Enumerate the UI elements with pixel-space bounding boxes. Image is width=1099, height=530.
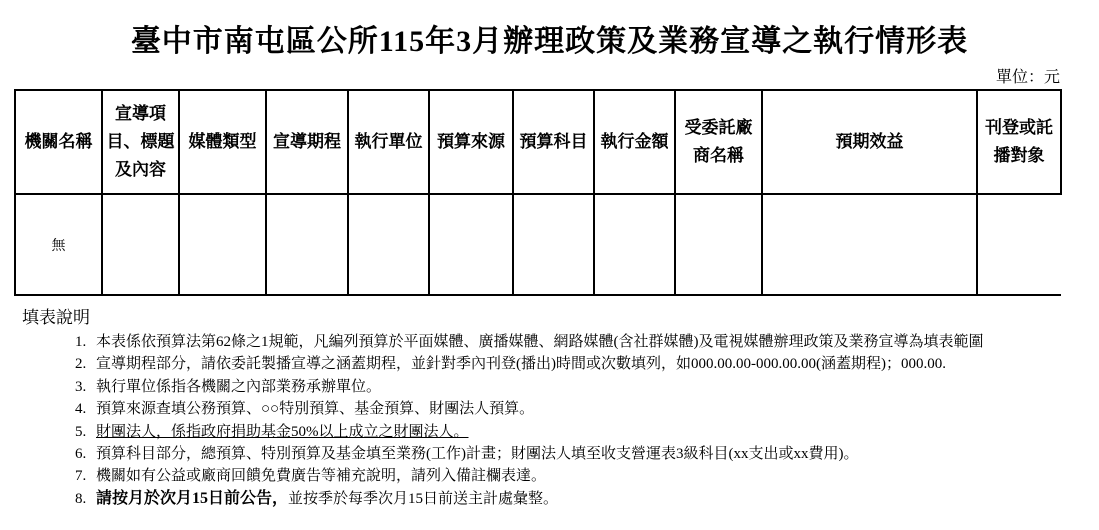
unit-label: 單位：元: [14, 64, 1060, 87]
column-header-budget-source: 預算來源: [429, 90, 513, 194]
note-number: 5.: [75, 421, 96, 443]
column-header-publish-broadcast-target: 刊登或託播對象: [977, 90, 1061, 194]
note-item-3: 3. 執行單位係指各機關之內部業務承辦單位。: [22, 376, 1099, 398]
cell-promo-item-title-content: [102, 194, 179, 295]
column-header-agency-name: 機關名稱: [15, 90, 102, 194]
cell-budget-source: [429, 194, 513, 295]
cell-expected-benefit: [762, 194, 977, 295]
page-title: 臺中市南屯區公所115年3月辦理政策及業務宣導之執行情形表: [0, 0, 1099, 60]
note-item-8: 8. 請按月於次月15日前公告，並按季於每季次月15日前送主計處彙整。: [22, 488, 1099, 510]
column-header-executing-unit: 執行單位: [348, 90, 429, 194]
note-item-4: 4. 預算來源查填公務預算、○○特別預算、基金預算、財團法人預算。: [22, 398, 1099, 420]
column-header-expected-benefit: 預期效益: [762, 90, 977, 194]
cell-publish-broadcast-target: [977, 194, 1061, 295]
note-number: 1.: [75, 331, 96, 353]
note-number: 7.: [75, 465, 96, 487]
column-header-budget-account: 預算科目: [513, 90, 594, 194]
note-item-2: 2. 宣導期程部分，請依委託製播宣導之涵蓋期程，並針對季內刊登(播出)時間或次數…: [22, 353, 1099, 375]
note-number: 8.: [75, 488, 96, 510]
note-text: 本表係依預算法第62條之1規範，凡編列預算於平面媒體、廣播媒體、網路媒體(含社群…: [96, 331, 984, 353]
note-item-1: 1. 本表係依預算法第62條之1規範，凡編列預算於平面媒體、廣播媒體、網路媒體(…: [22, 331, 1099, 353]
column-header-contractor-name: 受委託廠商名稱: [675, 90, 762, 194]
table-row: 無: [15, 194, 1061, 295]
header-row: 機關名稱 宣導項目、標題及內容 媒體類型 宣導期程 執行單位 預算來源 預算科目…: [15, 90, 1061, 194]
note-text: 預算來源查填公務預算、○○特別預算、基金預算、財團法人預算。: [96, 398, 534, 420]
note-text-bold-segment: 請按月於次月15日前公告，: [96, 490, 288, 507]
cell-contractor-name: [675, 194, 762, 295]
note-item-5: 5. 財團法人，係指政府捐助基金50%以上成立之財團法人。: [22, 421, 1099, 443]
filling-instructions-heading: 填表說明: [22, 303, 1099, 328]
note-text: 宣導期程部分，請依委託製播宣導之涵蓋期程，並針對季內刊登(播出)時間或次數填列，…: [96, 353, 946, 375]
cell-executed-amount: [594, 194, 675, 295]
note-text: 預算科目部分，總預算、特別預算及基金填至業務(工作)計畫；財團法人填至收支營運表…: [96, 443, 859, 465]
note-item-7: 7. 機關如有公益或廠商回饋免費廣告等補充說明，請列入備註欄表達。: [22, 465, 1099, 487]
note-number: 2.: [75, 353, 96, 375]
note-number: 6.: [75, 443, 96, 465]
column-header-promo-period: 宣導期程: [266, 90, 348, 194]
cell-promo-period: [266, 194, 348, 295]
note-item-6: 6. 預算科目部分，總預算、特別預算及基金填至業務(工作)計畫；財團法人填至收支…: [22, 443, 1099, 465]
note-number: 4.: [75, 398, 96, 420]
note-text: 請按月於次月15日前公告，並按季於每季次月15日前送主計處彙整。: [96, 488, 558, 510]
column-header-promo-item-title-content: 宣導項目、標題及內容: [102, 90, 179, 194]
cell-budget-account: [513, 194, 594, 295]
cell-executing-unit: [348, 194, 429, 295]
column-header-media-type: 媒體類型: [179, 90, 266, 194]
note-number: 3.: [75, 376, 96, 398]
note-text: 財團法人，係指政府捐助基金50%以上成立之財團法人。: [96, 421, 469, 443]
filling-instructions: 填表說明 1. 本表係依預算法第62條之1規範，凡編列預算於平面媒體、廣播媒體、…: [22, 303, 1099, 510]
note-text: 執行單位係指各機關之內部業務承辦單位。: [96, 376, 381, 398]
note-text: 機關如有公益或廠商回饋免費廣告等補充說明，請列入備註欄表達。: [96, 465, 546, 487]
document-page: 臺中市南屯區公所115年3月辦理政策及業務宣導之執行情形表 單位：元 機關名稱 …: [0, 0, 1099, 530]
cell-media-type: [179, 194, 266, 295]
column-header-executed-amount: 執行金額: [594, 90, 675, 194]
note-text-regular-segment: 並按季於每季次月15日前送主計處彙整。: [288, 491, 558, 507]
report-table: 機關名稱 宣導項目、標題及內容 媒體類型 宣導期程 執行單位 預算來源 預算科目…: [14, 89, 1062, 296]
cell-agency-name: 無: [15, 194, 102, 295]
